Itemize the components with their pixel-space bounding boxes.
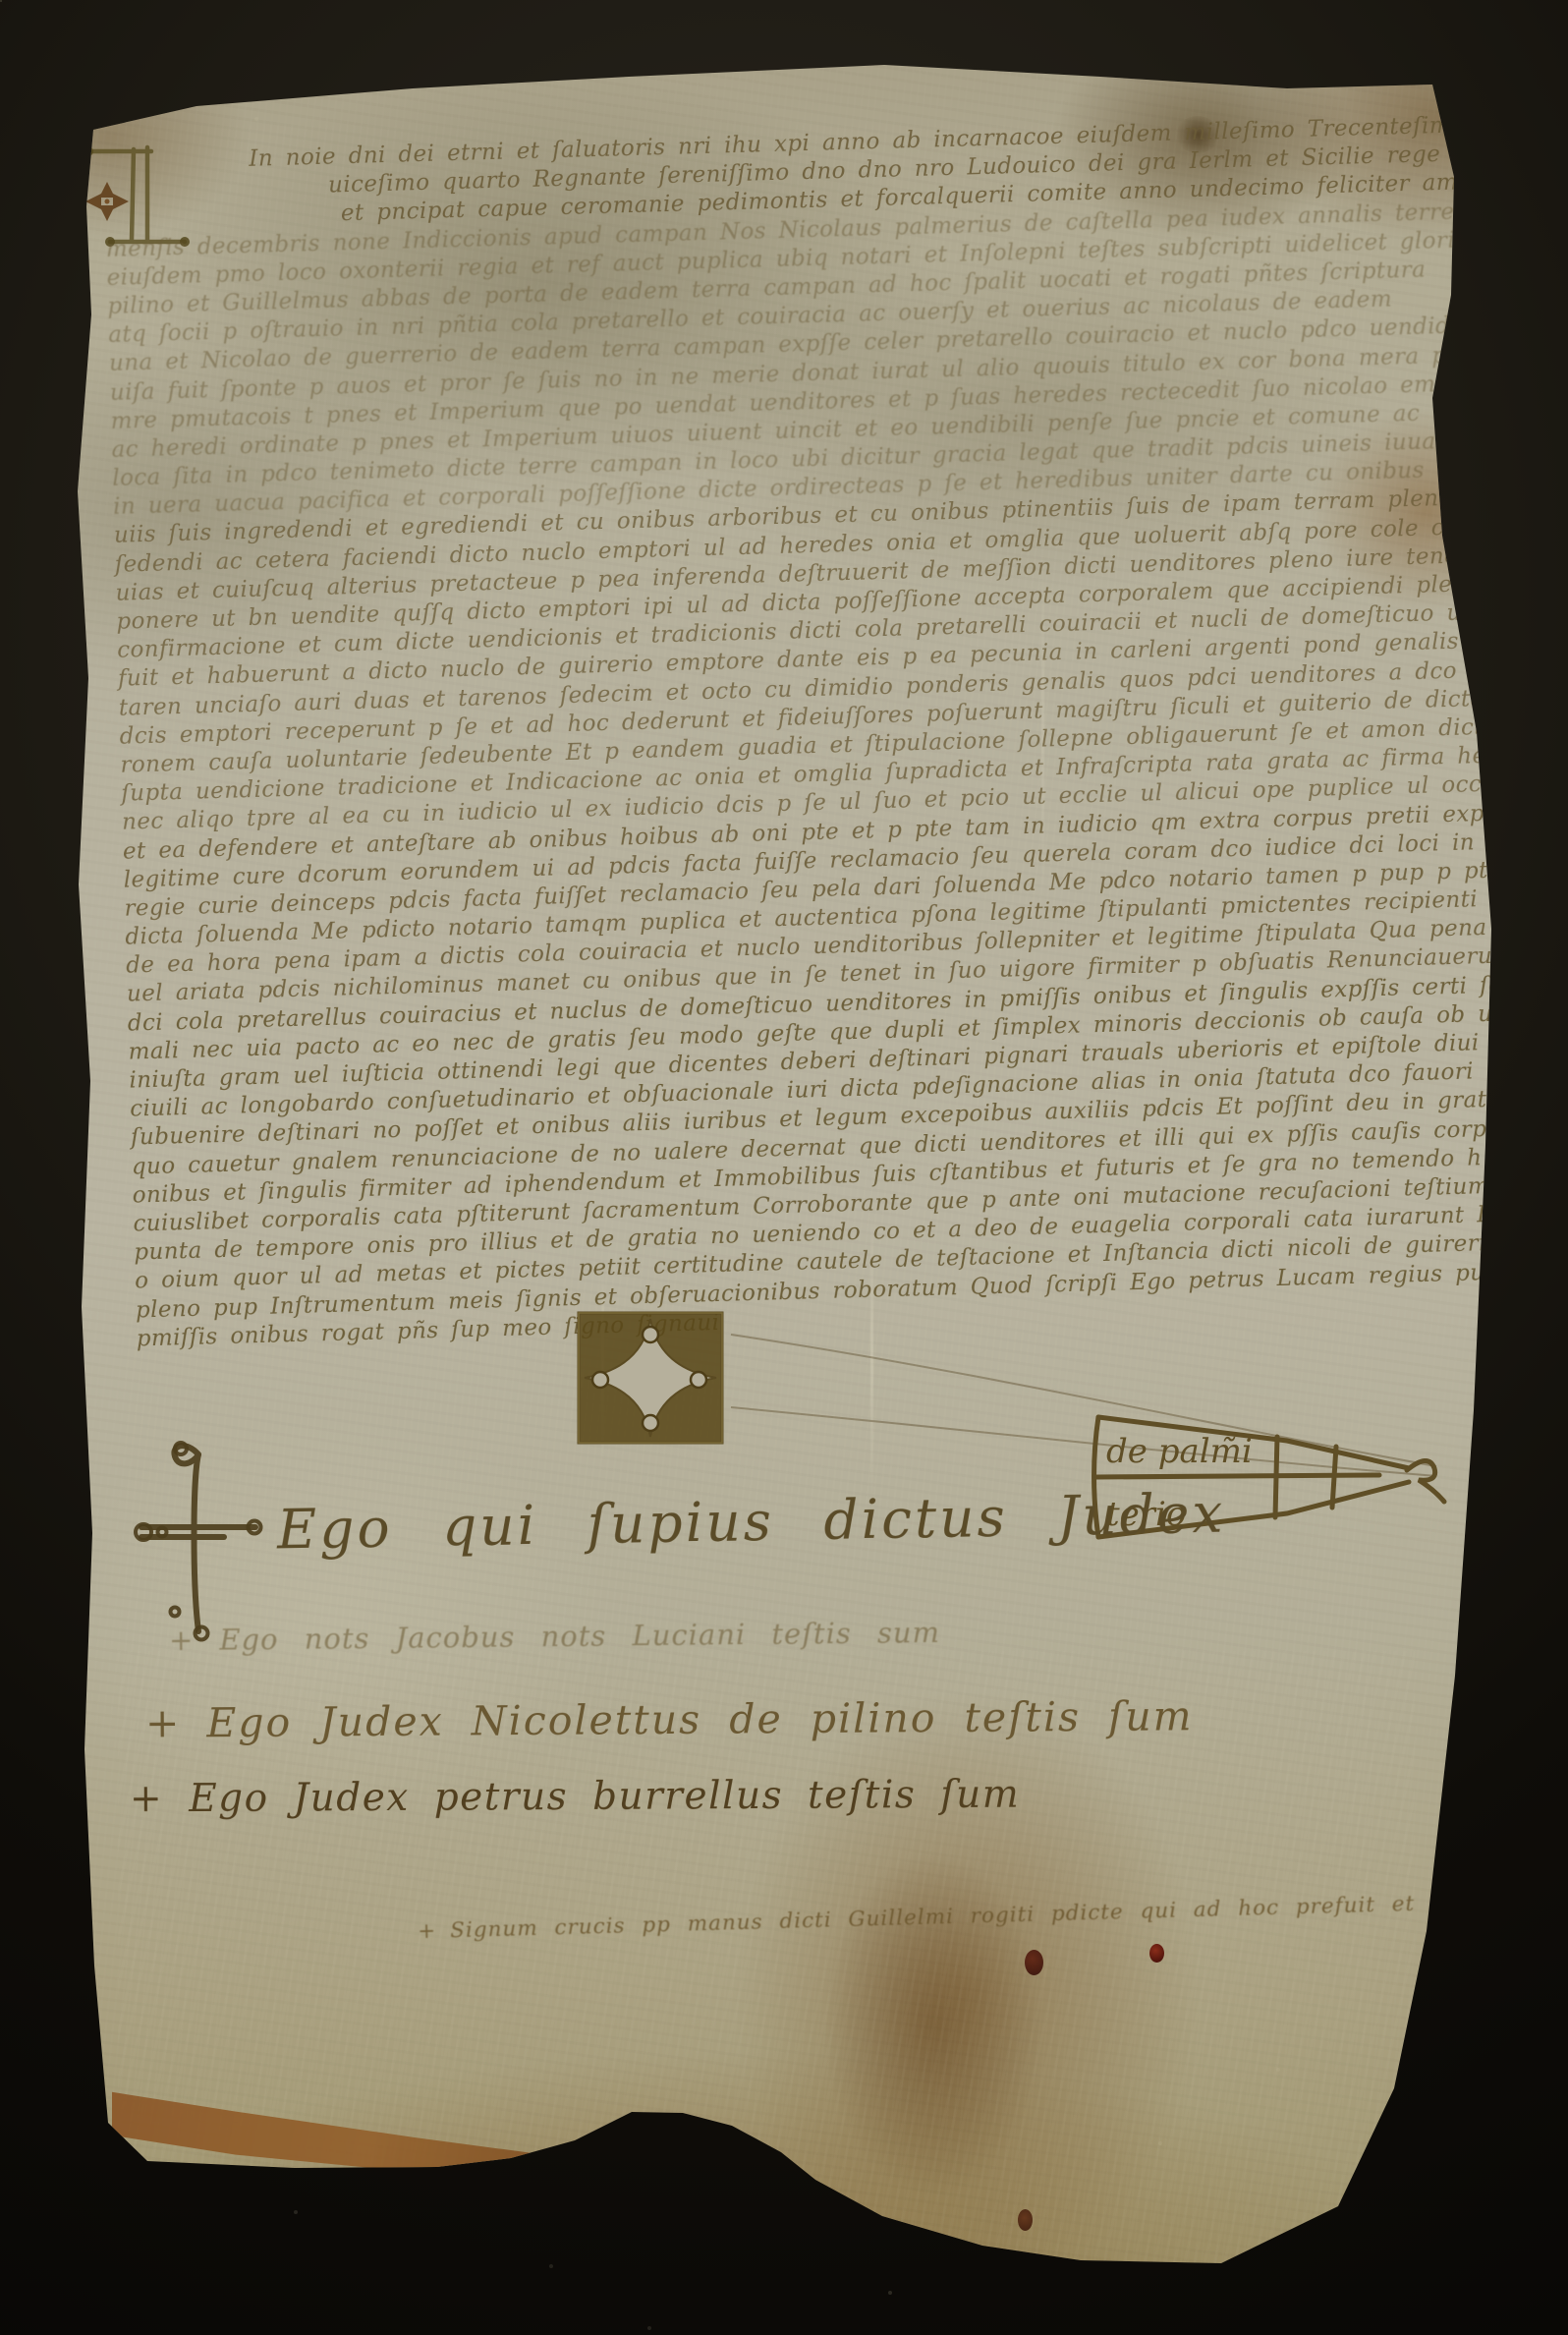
cross-mark-icon: + (145, 1699, 182, 1746)
dark-red-stain (1025, 1950, 1043, 1975)
parchment-sheet: In noie dni dei etrni et ſaluatoris nri … (0, 0, 1568, 2335)
signature-cross-icon (130, 1437, 269, 1649)
background-dust-specks (0, 0, 2, 2)
cross-mark-icon: + (169, 1623, 195, 1657)
photograph-of-parchment-charter: In noie dni dei etrni et ſaluatoris nri … (0, 0, 1568, 2335)
brown-stain-spot (1018, 2209, 1033, 2231)
signature-text: Ego Judex Nicolettus de pilino teſtis ſu… (206, 1692, 1193, 1746)
signature-text: Ego Judex petrus burrellus teſtis ſum (189, 1773, 1020, 1821)
signature-judge-nicolettus: +Ego Judex Nicolettus de pilino teſtis ſ… (145, 1692, 1194, 1746)
signature-judge-petrus-burrellus: +Ego Judex petrus burrellus teſtis ſum (130, 1773, 1021, 1822)
cone-label-line1: de palm̃i (1106, 1432, 1253, 1471)
red-wax-spot (1149, 1944, 1164, 1963)
cross-mark-icon: + (418, 1919, 437, 1945)
cross-mark-icon: + (130, 1777, 163, 1821)
manuscript-body-text: In noie dni dei etrni et ſaluatoris nri … (103, 110, 1540, 1353)
